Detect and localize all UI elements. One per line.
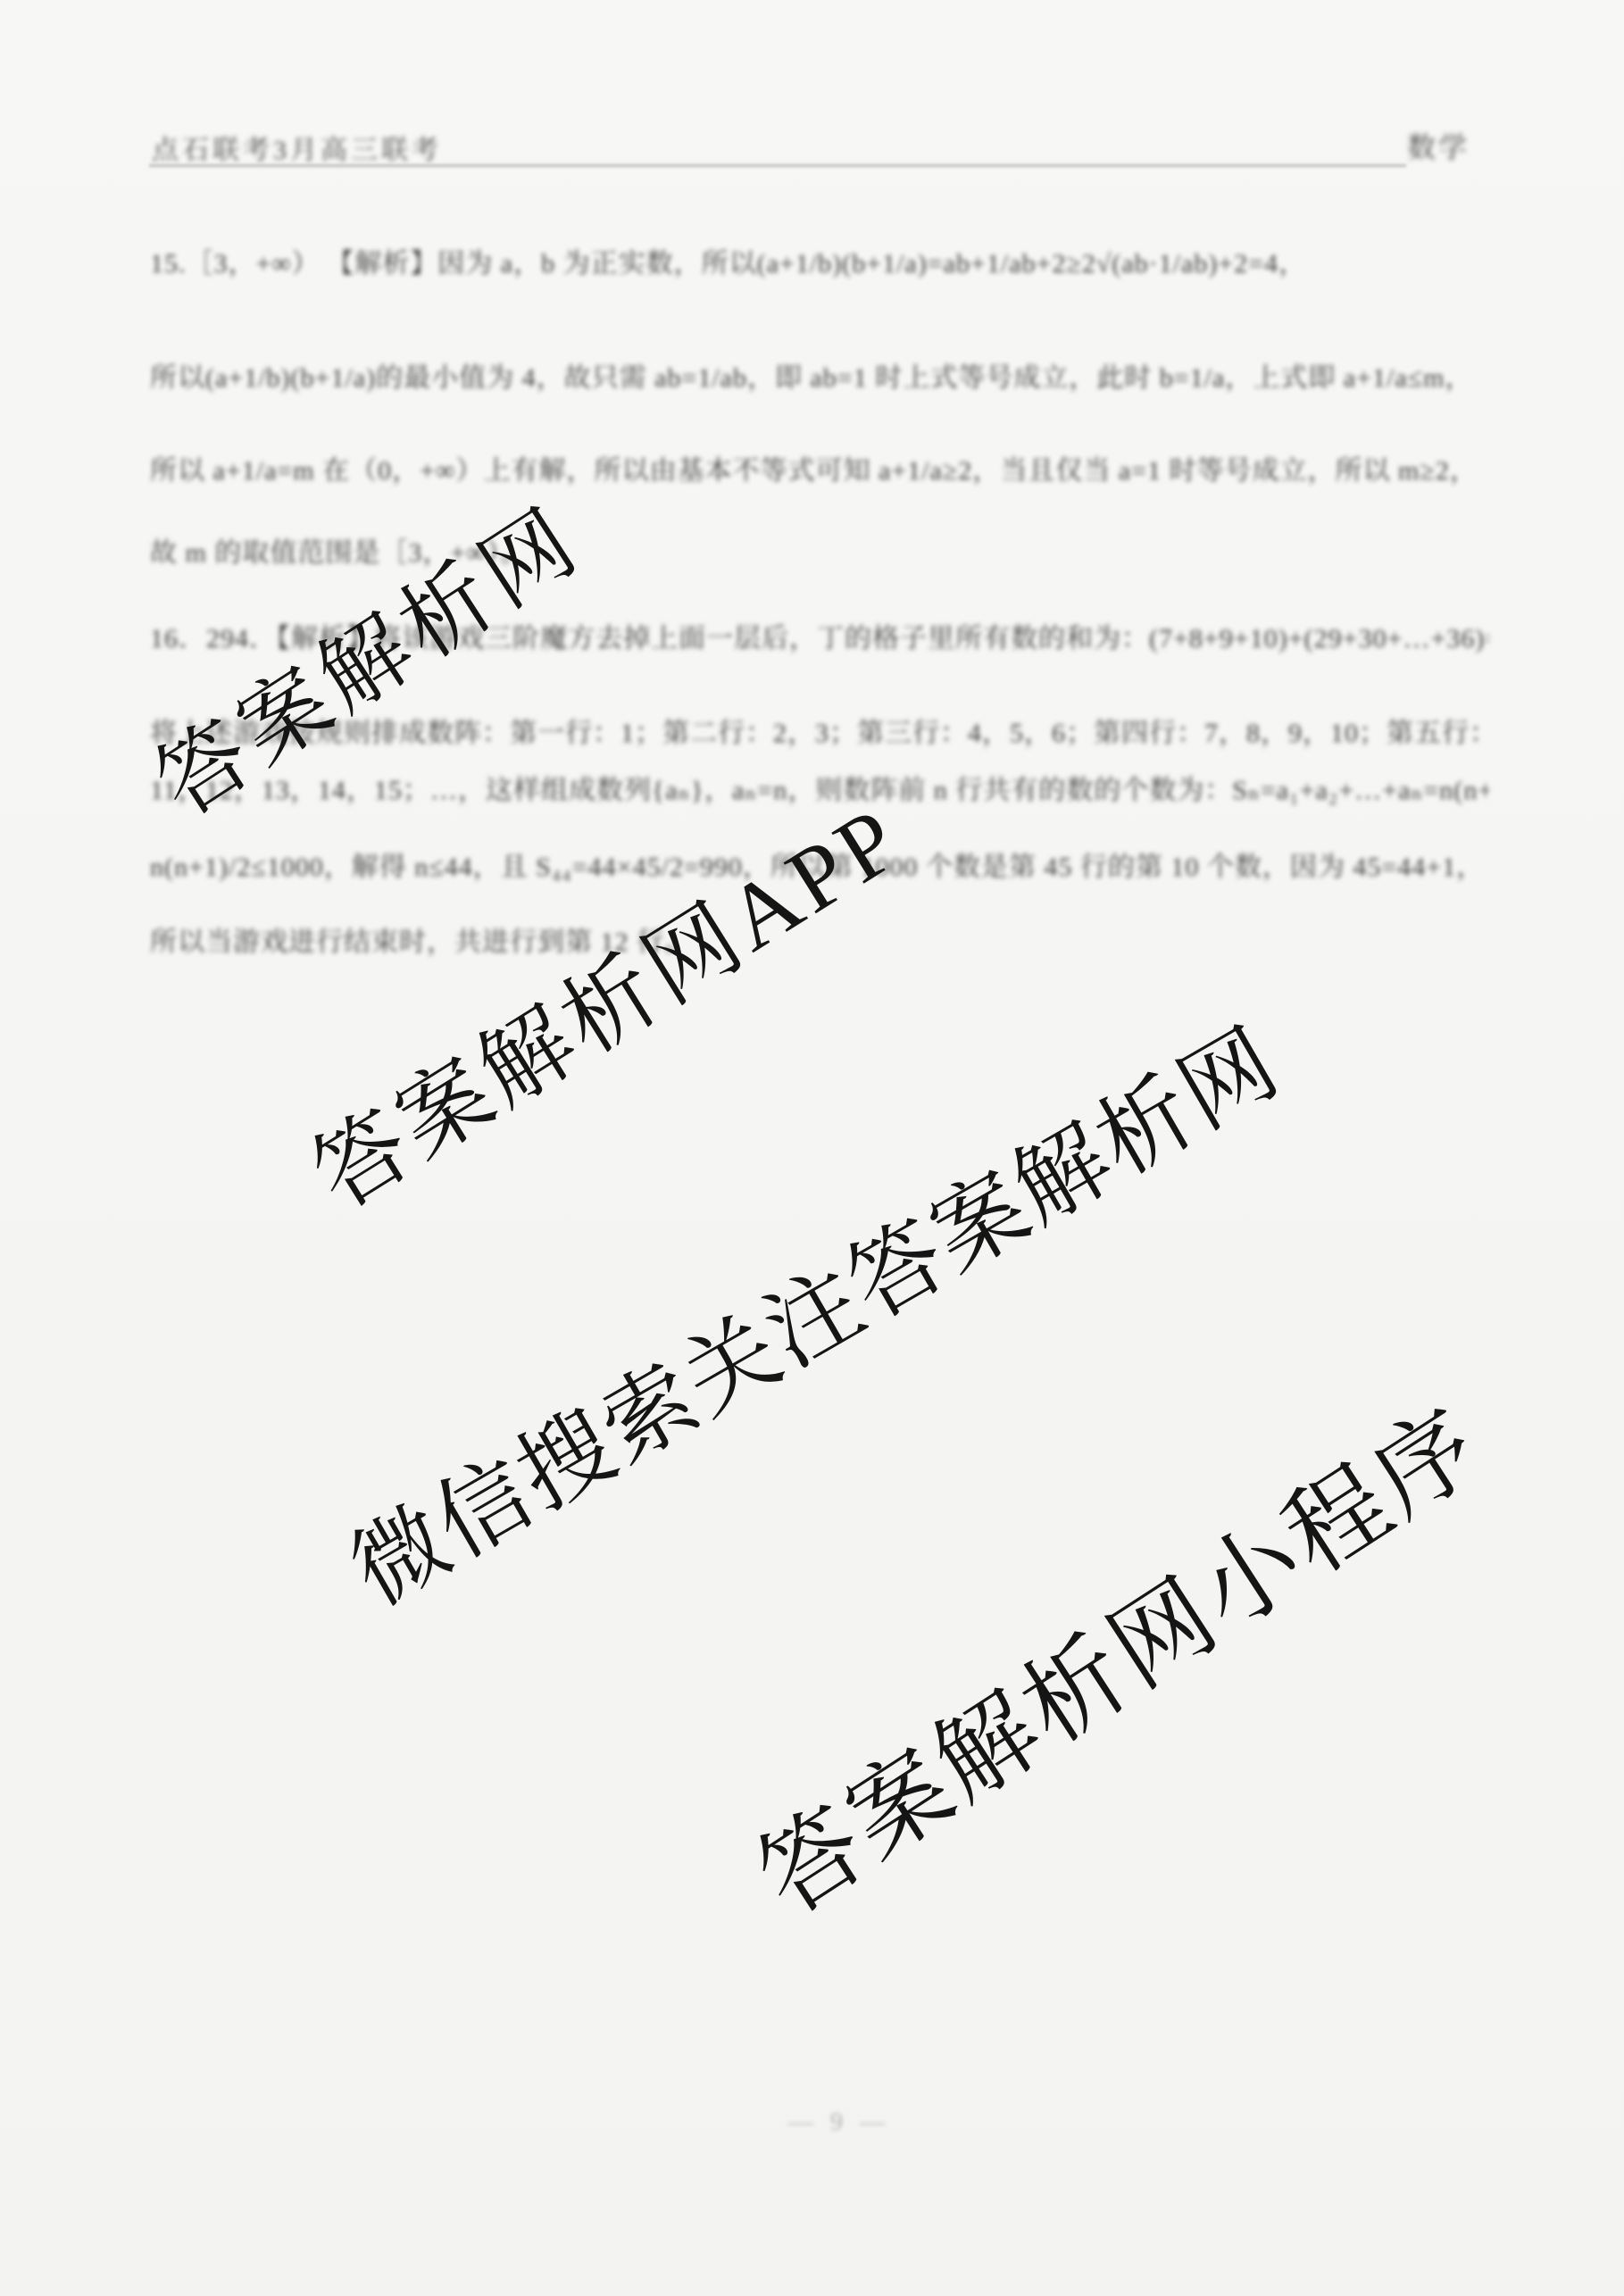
solution-line-q16-3: 11，12，13，14，15；…，这样组成数列{aₙ}，aₙ=n，则数阵前 n … bbox=[150, 768, 1489, 807]
solution-line-q16-5: 所以当游戏进行结束时，共进行到第 12 行。 bbox=[150, 919, 692, 959]
solution-line-q15-2: 所以(a+1/b)(b+1/a)的最小值为 4，故只需 ab=1/ab，即 ab… bbox=[150, 355, 1472, 395]
solution-line-q15-4: 故 m 的取值范围是［3，+∞）。 bbox=[150, 530, 529, 570]
solution-line-q15-1: 15.［3，+∞） 【解析】因为 a，b 为正实数，所以(a+1/b)(b+1/… bbox=[150, 241, 1306, 280]
header-subject-label: 数学 bbox=[1407, 125, 1470, 166]
document-page: 点石联考3月高三联考 数学 15.［3，+∞） 【解析】因为 a，b 为正实数，… bbox=[0, 0, 1624, 2296]
header-exam-title: 点石联考3月高三联考 bbox=[152, 128, 442, 167]
solution-line-q16-1: 16．294．【解析】将该游戏三阶魔方去掉上面一层后，丁的格子里所有数的和为：(… bbox=[150, 616, 1489, 655]
watermark-answer-site-app: 答案解析网APP bbox=[284, 766, 923, 1234]
solution-line-q16-2: 将上述游戏按规则排成数阵：第一行：1；第二行：2，3；第三行：4，5，6；第四行… bbox=[150, 711, 1489, 750]
watermark-mini-program: 答案解析网小程序 bbox=[727, 1366, 1506, 1942]
watermark-wechat-search: 微信搜索关注答案解析网 bbox=[322, 989, 1299, 1630]
header-rule-line bbox=[149, 164, 1406, 167]
solution-line-q16-4: n(n+1)/2≤1000，解得 n≤44，且 S₄₄=44×45/2=990，… bbox=[150, 844, 1484, 884]
solution-line-q15-3: 所以 a+1/a=m 在（0，+∞）上有解，所以由基本不等式可知 a+1/a≥2… bbox=[150, 448, 1478, 487]
page-number: — 9 — bbox=[768, 2109, 911, 2137]
